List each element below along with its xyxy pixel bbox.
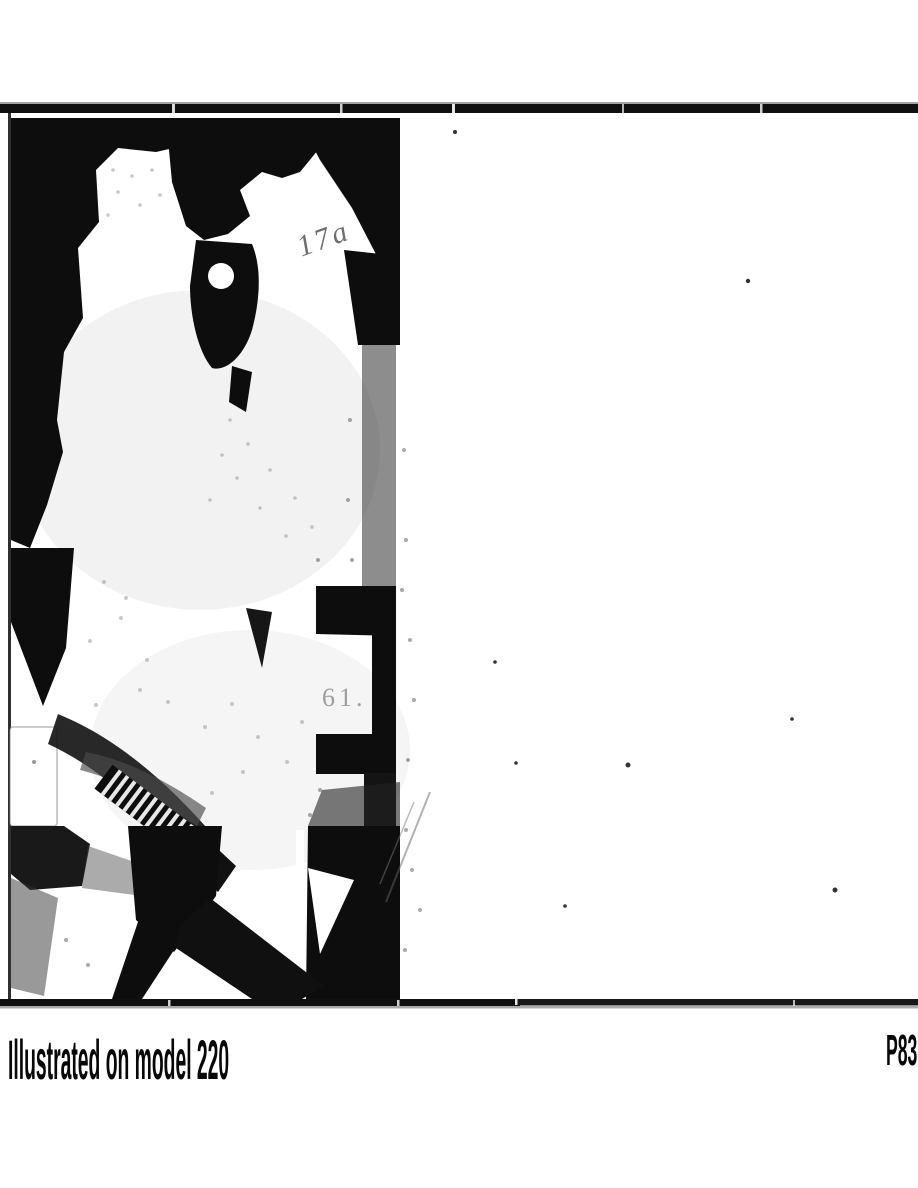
isolated-dots [453,130,838,908]
page-number: P83 [886,1031,917,1071]
manual-page: 17a 61. [0,0,918,1188]
bottom-rule [0,999,918,1009]
part-label-61: 61. [322,683,367,712]
halftone-wash [20,290,410,870]
scanned-photo: 17a 61. [0,0,918,1188]
top-rule [0,102,918,113]
photo-left-border [8,113,11,999]
figure-caption: Illustrated on model 220 [8,1034,229,1086]
